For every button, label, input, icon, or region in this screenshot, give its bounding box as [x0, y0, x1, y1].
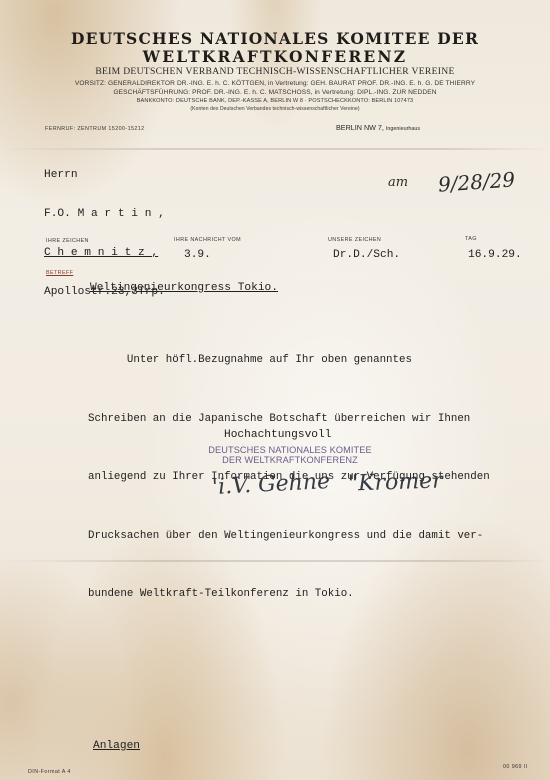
stamp-line1: DEUTSCHES NATIONALES KOMITEE	[205, 445, 375, 455]
letterhead-title-line2: WELTKRAFTKONFERENZ	[0, 47, 550, 66]
sender-building: Ingenieurhaus	[386, 126, 420, 132]
body-line: Unter höfl.Bezugnahme auf Ihr oben genan…	[88, 351, 490, 371]
letterhead-subtitle: BEIM DEUTSCHEN VERBAND TECHNISCH-WISSENS…	[0, 66, 550, 77]
betreff-label: BETREFF	[46, 270, 73, 276]
handwritten-note-date: 9/28/29	[437, 167, 516, 196]
handwritten-note-prefix: am	[388, 175, 408, 190]
unsere-zeichen-value: Dr.D./Sch.	[333, 249, 400, 261]
recipient-city: C h e m n i t z ,	[44, 247, 165, 260]
organization-stamp: DEUTSCHES NATIONALES KOMITEE DER WELTKRA…	[205, 445, 375, 465]
tag-value: 16.9.29.	[468, 249, 522, 261]
letterhead-konten-note: (Konten des Deutschen Verbandes technisc…	[0, 106, 550, 112]
letterhead-bankkonto: BANKKONTO: DEUTSCHE BANK, DEP.-KASSE A, …	[0, 98, 550, 104]
fernruf-line: FERNRUF: ZENTRUM 15200-15212	[45, 126, 145, 132]
tag-label: TAG	[465, 236, 477, 242]
print-code: 00 969 II	[503, 764, 528, 770]
recipient-address: Herrn F.O. M a r t i n , C h e m n i t z…	[44, 143, 165, 325]
ihre-zeichen-label: IHRE ZEICHEN	[46, 238, 89, 244]
stamp-line2: DER WELTKRAFTKONFERENZ	[205, 455, 375, 465]
body-line: Drucksachen über den Weltingenieurkongre…	[88, 527, 490, 547]
letterhead-title-line1: DEUTSCHES NATIONALES KOMITEE DER	[0, 29, 550, 48]
unsere-zeichen-label: UNSERE ZEICHEN	[328, 237, 381, 243]
recipient-name: F.O. M a r t i n ,	[44, 208, 165, 221]
body-line: bundene Weltkraft-Teilkonferenz in Tokio…	[88, 585, 490, 605]
sender-city: BERLIN NW 7,	[336, 123, 384, 132]
recipient-salutation: Herrn	[44, 169, 165, 182]
ihre-nachricht-value: 3.9.	[184, 249, 211, 261]
subject-text: Weltingenieurkongress Tokio.	[90, 282, 278, 294]
din-format-label: DIN-Format A 4	[28, 769, 71, 775]
letter-page: DEUTSCHES NATIONALES KOMITEE DER WELTKRA…	[0, 0, 550, 780]
closing-greeting: Hochachtungsvoll	[224, 429, 331, 441]
ihre-nachricht-label: IHRE NACHRICHT VOM	[174, 237, 241, 243]
anlagen-label: Anlagen	[93, 740, 140, 752]
letterhead-vorsitz: VORSITZ: GENERALDIREKTOR DR.-ING. E. h. …	[0, 80, 550, 87]
sender-place: BERLIN NW 7, Ingenieurhaus	[336, 123, 420, 132]
body-line: Schreiben an die Japanische Botschaft üb…	[88, 410, 490, 430]
letterhead-geschaeftsfuehrung: GESCHÄFTSFÜHRUNG: PROF. DR.-ING. E. h. C…	[0, 89, 550, 96]
signature-2: "Kromer	[348, 468, 444, 496]
